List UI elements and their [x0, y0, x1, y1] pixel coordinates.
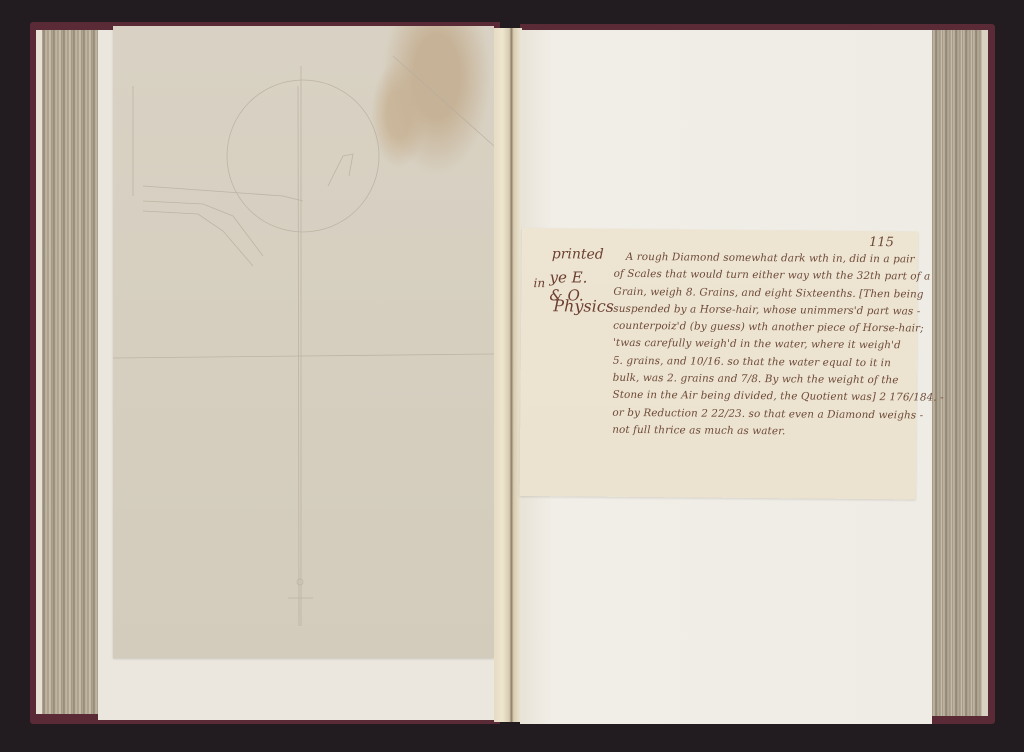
pencil-sketch-icon	[113, 26, 494, 658]
manuscript-slip: 115 printed in ye E. & O. Physics A roug…	[520, 228, 918, 499]
book-gutter	[494, 28, 522, 722]
left-sheet-sketch	[113, 26, 494, 658]
manuscript-text: A rough Diamond somewhat dark wth in, di…	[612, 249, 914, 442]
margin-note-printed: printed	[552, 246, 604, 262]
text-line: Stone in the Air being divided, the Quot…	[612, 387, 912, 407]
photo-stage: 115 printed in ye E. & O. Physics A roug…	[0, 0, 1024, 752]
page-edges-left	[36, 30, 100, 714]
text-line: of Scales that would turn either way wth…	[614, 266, 914, 286]
margin-note-in: in	[533, 276, 545, 290]
margin-note-physics: Physics	[553, 296, 614, 316]
folio-number: 115	[869, 235, 894, 250]
text-line: not full thrice as much as water.	[612, 422, 912, 442]
margin-note: printed in ye E. & O. Physics	[532, 246, 602, 247]
